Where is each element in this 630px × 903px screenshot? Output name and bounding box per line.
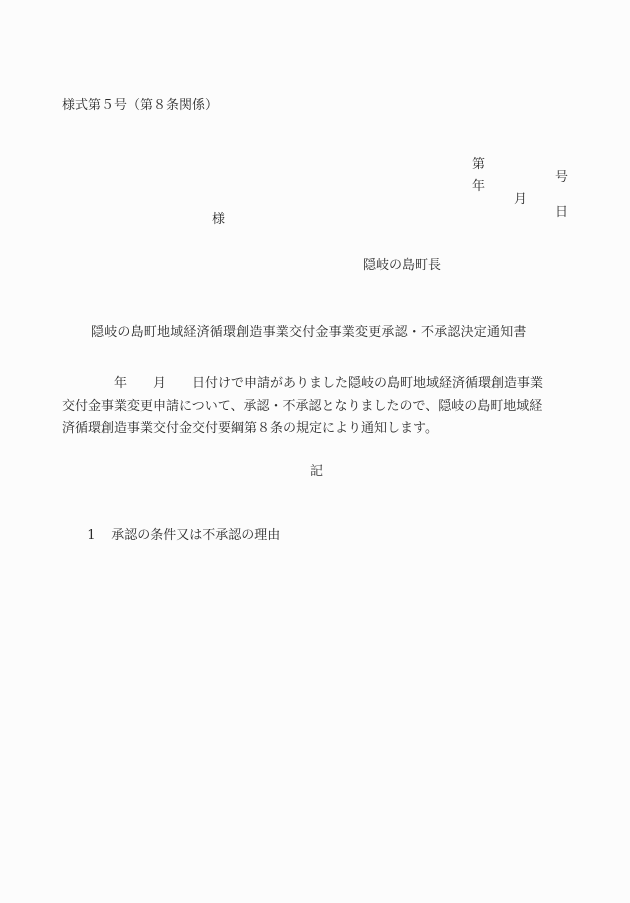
item-number: 1 <box>87 529 111 542</box>
addressee-honorific: 様 <box>212 213 225 226</box>
issue-date-line: 年 月 日 <box>472 167 568 219</box>
date-year: 年 <box>472 180 485 193</box>
date-month: 月 <box>514 193 527 206</box>
ki-heading: 記 <box>310 465 323 478</box>
item-text: 承認の条件又は不承認の理由 <box>111 528 280 543</box>
body-line: 済循環創造事業交付金交付要綱第８条の規定により通知します。 <box>62 418 582 441</box>
issuer-name: 隠岐の島町長 <box>363 259 441 272</box>
body-paragraph: 年 月 日付けで申請がありました隠岐の島町地域経済循環創造事業 交付金事業変更申… <box>62 373 582 441</box>
list-item: 1承認の条件又は不承認の理由 <box>79 516 280 542</box>
date-day: 日 <box>555 206 568 219</box>
body-line: 年 月 日付けで申請がありました隠岐の島町地域経済循環創造事業 <box>62 373 582 396</box>
body-line: 交付金事業変更申請について、承認・不承認となりましたので、隠岐の島町地域経 <box>62 396 582 419</box>
document-title: 隠岐の島町地域経済循環創造事業交付金事業変更承認・不承認決定通知書 <box>91 326 527 339</box>
form-number: 様式第５号（第８条関係） <box>62 99 218 112</box>
